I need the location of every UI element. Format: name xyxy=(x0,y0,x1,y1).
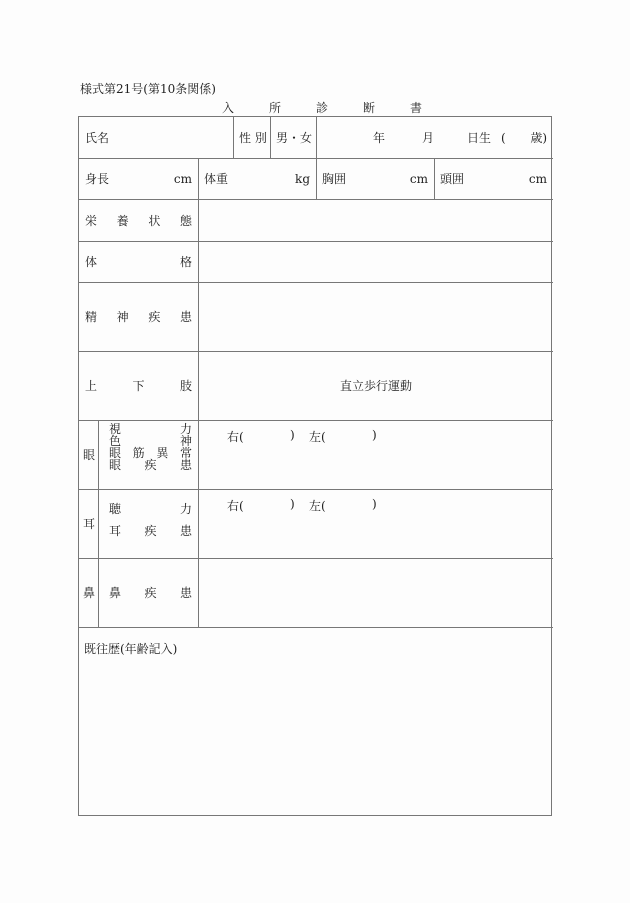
eye-right-label: 右( xyxy=(227,428,244,445)
label-char: 患 xyxy=(180,584,192,601)
ear-left-label: 左( xyxy=(309,497,326,514)
nutrition-label: 栄 養 状 態 xyxy=(85,199,192,241)
nutrition-field[interactable] xyxy=(199,199,553,241)
chest-field[interactable]: 胸囲 cm xyxy=(322,158,428,199)
physique-field[interactable] xyxy=(199,241,553,282)
limbs-field[interactable]: 直立歩行運動 xyxy=(199,351,553,420)
title-char: 断 xyxy=(363,99,375,116)
weight-field[interactable]: 体重 kg xyxy=(204,158,310,199)
title-char: 書 xyxy=(410,99,422,116)
year-label: 年 xyxy=(373,129,385,146)
medical-history-field[interactable]: 既往歴(年齢記入) xyxy=(79,627,553,817)
nose-group-label: 鼻 xyxy=(83,558,98,627)
label-char: 疾 xyxy=(144,525,156,537)
weight-unit: kg xyxy=(295,172,310,186)
label-char: 神 xyxy=(117,308,129,325)
divider xyxy=(270,117,271,158)
mental-field[interactable] xyxy=(199,282,553,351)
label-char: 下 xyxy=(132,377,144,394)
ear-field[interactable]: 右( ) 左( ) xyxy=(199,489,553,558)
born-day-label: 日生 xyxy=(467,129,491,146)
label-char: 鼻 xyxy=(109,584,121,601)
label-char: 患 xyxy=(180,308,192,325)
chest-unit: cm xyxy=(410,172,428,186)
eye-left-close: ) xyxy=(372,428,377,442)
eye-group-label: 眼 xyxy=(83,420,98,489)
label-char: 体 xyxy=(85,253,97,270)
eye-items: 視力 色神 眼筋異常 眼疾患 xyxy=(109,423,192,471)
name-field[interactable] xyxy=(79,117,233,158)
chest-label: 胸囲 xyxy=(322,170,346,187)
age-open-paren: ( xyxy=(501,131,506,145)
title-char: 入 xyxy=(222,99,234,116)
ear-right-close: ) xyxy=(290,497,295,511)
ear-left-close: ) xyxy=(372,497,377,511)
eye-field[interactable]: 右( ) 左( ) xyxy=(199,420,553,489)
eye-left-label: 左( xyxy=(309,428,326,445)
label-char: 筋 xyxy=(133,447,145,459)
limbs-label: 上 下 肢 xyxy=(85,351,192,420)
medical-history-label: 既往歴(年齢記入) xyxy=(84,640,177,657)
label-char: 肢 xyxy=(180,377,192,394)
nose-items: 鼻 疾 患 xyxy=(109,558,192,627)
label-char: 患 xyxy=(180,525,192,537)
label-char: 患 xyxy=(180,459,192,471)
head-unit: cm xyxy=(529,172,547,186)
form-number: 様式第21号(第10条関係) xyxy=(80,80,216,97)
month-label: 月 xyxy=(422,129,434,146)
label-char: 疾 xyxy=(148,308,160,325)
label-char: 精 xyxy=(85,308,97,325)
divider xyxy=(434,158,435,199)
ear-items: 聴力 耳疾患 xyxy=(109,503,192,537)
label-char: 眼 xyxy=(109,459,121,471)
mental-label: 精 神 疾 患 xyxy=(85,282,192,351)
upright-walking-label: 直立歩行運動 xyxy=(340,377,412,394)
label-char: 疾 xyxy=(144,584,156,601)
document-title: 入 所 診 断 書 xyxy=(222,99,422,116)
label-char: 聴 xyxy=(109,503,121,515)
head-label: 頭囲 xyxy=(440,170,464,187)
label-char: 態 xyxy=(180,212,192,229)
eye-right-close: ) xyxy=(290,428,295,442)
divider xyxy=(233,117,234,158)
label-char: 異 xyxy=(156,447,168,459)
sex-options[interactable]: 男・女 xyxy=(276,117,312,158)
ear-group-label: 耳 xyxy=(83,489,98,558)
label-char: 養 xyxy=(117,212,129,229)
birthdate-field[interactable]: 年 月 日生 ( 歳) xyxy=(317,117,553,158)
head-field[interactable]: 頭囲 cm xyxy=(440,158,547,199)
weight-label: 体重 xyxy=(204,170,228,187)
sex-label: 性 別 xyxy=(239,117,267,158)
label-char: 状 xyxy=(148,212,160,229)
label-char: 疾 xyxy=(144,459,156,471)
nose-field[interactable] xyxy=(199,558,553,627)
physique-label: 体 格 xyxy=(85,241,192,282)
height-label: 身長 xyxy=(85,170,109,187)
label-char: 上 xyxy=(85,377,97,394)
height-field[interactable]: 身長 cm xyxy=(85,158,192,199)
age-label: 歳) xyxy=(530,129,547,146)
label-char: 力 xyxy=(180,503,192,515)
height-unit: cm xyxy=(174,172,192,186)
title-char: 診 xyxy=(316,99,328,116)
label-char: 栄 xyxy=(85,212,97,229)
diagnosis-form-table: 氏名 性 別 男・女 年 月 日生 ( 歳) 身長 cm 体重 kg 胸囲 cm… xyxy=(78,116,552,816)
title-char: 所 xyxy=(269,99,281,116)
label-char: 格 xyxy=(180,253,192,270)
divider xyxy=(98,420,99,627)
label-char: 耳 xyxy=(109,525,121,537)
ear-right-label: 右( xyxy=(227,497,244,514)
